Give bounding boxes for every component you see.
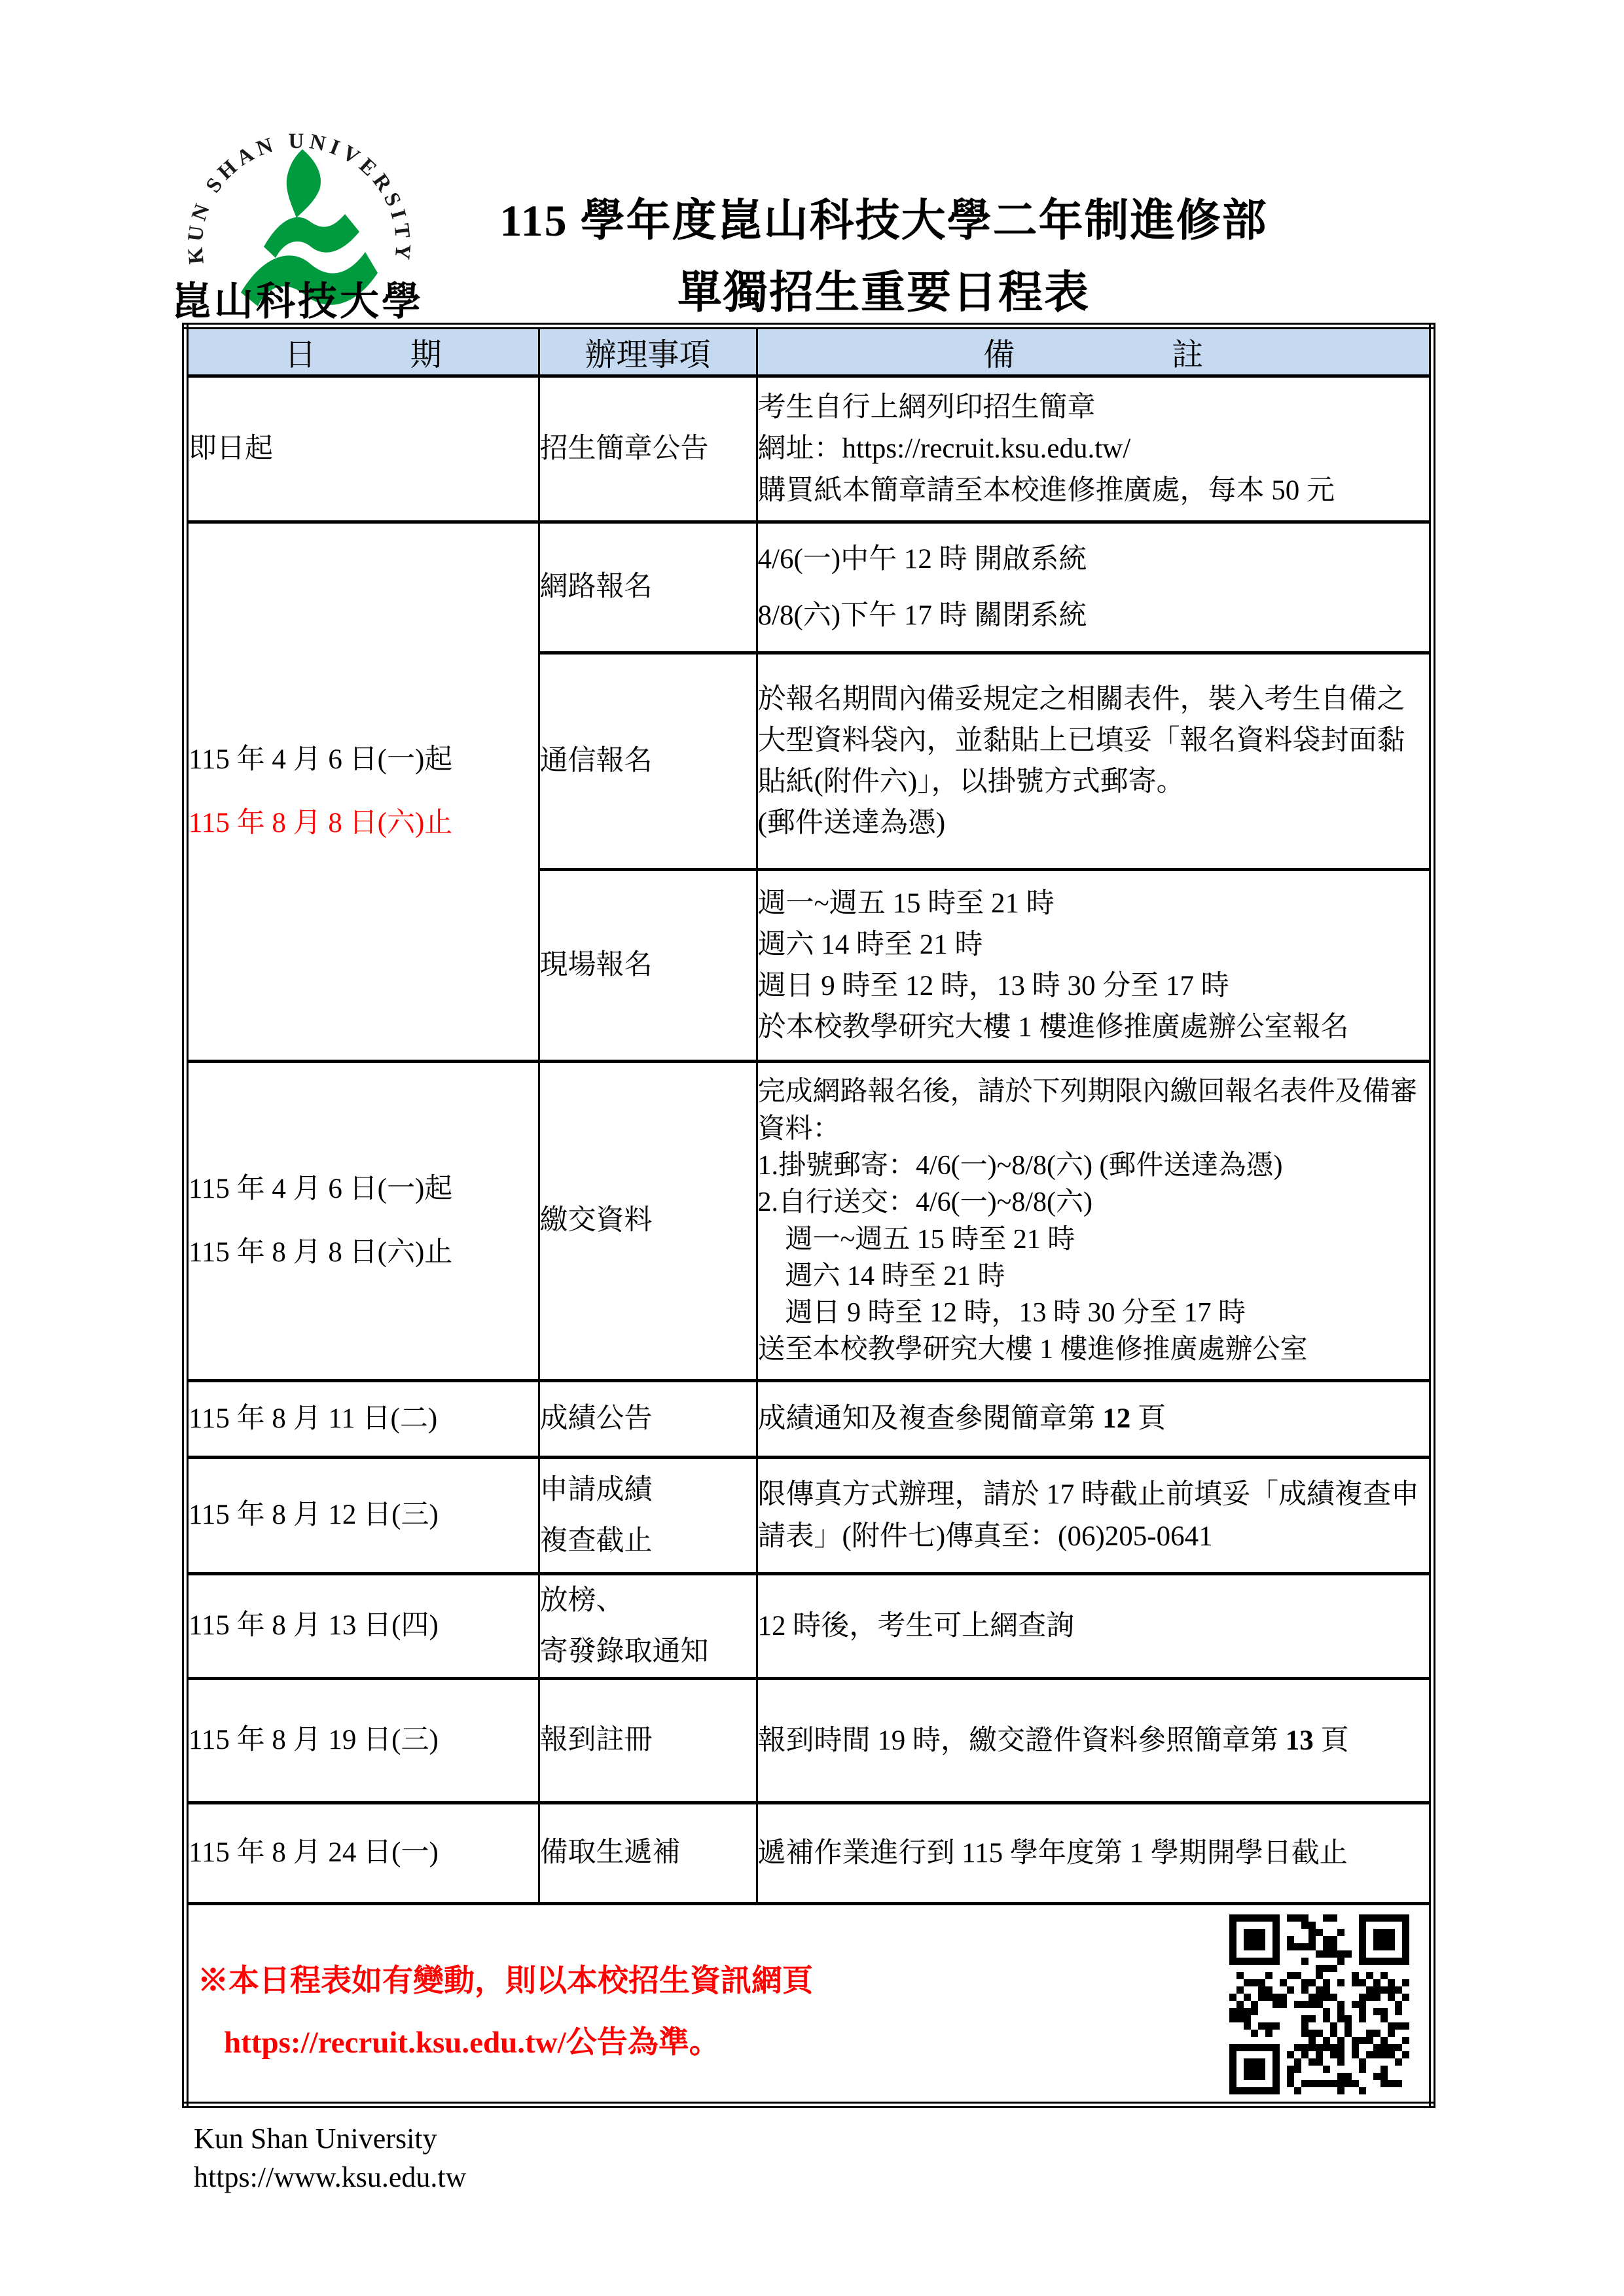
date-end-red: 115 年 8 月 8 日(六)止 xyxy=(189,792,538,855)
footer: Kun Shan University https://www.ksu.edu.… xyxy=(194,2119,466,2197)
item-cell: 放榜、 寄發錄取通知 xyxy=(539,1574,757,1679)
item-cell: 通信報名 xyxy=(539,653,757,870)
note-cell: 遞補作業進行到 115 學年度第 1 學期開學日截止 xyxy=(757,1803,1432,1904)
footnote-cell: ※本日程表如有變動，則以本校招生資訊網頁 https://recruit.ksu… xyxy=(185,1904,1432,2106)
note-line: 週六 14 時至 21 時 xyxy=(758,1258,1430,1295)
note-line: 週一~週五 15 時至 21 時 xyxy=(758,1221,1430,1258)
row-waitlist: 115 年 8 月 24 日(一) 備取生遞補 遞補作業進行到 115 學年度第… xyxy=(185,1803,1432,1904)
date-cell: 即日起 xyxy=(185,376,539,522)
note-line: 8/8(六)下午 17 時 關閉系統 xyxy=(758,588,1430,644)
note-paragraph: 於報名期間內備妥規定之相關表件，裝入考生自備之大型資料袋內，並黏貼上已填妥「報名… xyxy=(758,679,1430,803)
item-cell: 招生簡章公告 xyxy=(539,376,757,522)
footer-university-name: Kun Shan University xyxy=(194,2119,466,2158)
date-cell: 115 年 8 月 19 日(三) xyxy=(185,1679,539,1803)
note-line: 週六 14 時至 21 時 xyxy=(758,924,1430,965)
note-line: 2.自行送交：4/6(一)~8/8(六) xyxy=(758,1184,1430,1221)
note-bold-number: 13 xyxy=(1286,1725,1314,1756)
date-start: 115 年 4 月 6 日(一)起 xyxy=(189,728,538,792)
row-footnote: ※本日程表如有變動，則以本校招生資訊網頁 https://recruit.ksu… xyxy=(185,1904,1432,2106)
date-cell: 115 年 8 月 24 日(一) xyxy=(185,1803,539,1904)
note-cell: 報到時間 19 時，繳交證件資料參照簡章第 13 頁 xyxy=(757,1679,1432,1803)
item-line: 放榜、 xyxy=(540,1575,756,1626)
item-cell: 繳交資料 xyxy=(539,1062,757,1381)
item-cell: 申請成績 複查截止 xyxy=(539,1458,757,1574)
note-paragraph: 完成網路報名後，請於下列期限內繳回報名表件及備審資料： xyxy=(758,1073,1430,1147)
item-line: 複查截止 xyxy=(540,1516,756,1566)
header-item: 辦理事項 xyxy=(539,326,757,376)
note-line: 週一~週五 15 時至 21 時 xyxy=(758,883,1430,924)
note-line: 週日 9 時至 12 時，13 時 30 分至 17 時 xyxy=(758,965,1430,1007)
page-title: 115 學年度崑山科技大學二年制進修部 單獨招生重要日程表 xyxy=(393,185,1375,329)
note-text: 頁 xyxy=(1314,1725,1349,1756)
schedule-table: 日 期 辦理事項 備 註 即日起 招生簡章公告 考生自行上網列印招生簡章 網址：… xyxy=(182,323,1435,2108)
note-line: 購買紙本簡章請至本校進修推廣處，每本 50 元 xyxy=(758,470,1430,511)
item-line: 申請成績 xyxy=(540,1465,756,1515)
date-cell: 115 年 8 月 13 日(四) xyxy=(185,1574,539,1679)
note-text: 頁 xyxy=(1130,1403,1166,1434)
footer-url: https://www.ksu.edu.tw xyxy=(194,2158,466,2197)
header-date: 日 期 xyxy=(185,326,539,376)
note-line: (郵件送達為憑) xyxy=(758,802,1430,844)
row-admission-list: 115 年 8 月 13 日(四) 放榜、 寄發錄取通知 12 時後，考生可上網… xyxy=(185,1574,1432,1679)
item-cell: 網路報名 xyxy=(539,522,757,653)
university-logo: KUN SHAN UNIVERSITY 崑山科技大學 xyxy=(167,111,429,327)
schedule-table-wrap: 日 期 辦理事項 備 註 即日起 招生簡章公告 考生自行上網列印招生簡章 網址：… xyxy=(182,323,1429,2108)
title-line-2: 單獨招生重要日程表 xyxy=(393,257,1375,329)
date-cell: 115 年 4 月 6 日(一)起 115 年 8 月 8 日(六)止 xyxy=(185,1062,539,1381)
logo-cn-text: 崑山科技大學 xyxy=(172,280,424,323)
note-line: 考生自行上網列印招生簡章 xyxy=(758,387,1430,428)
note-cell: 12 時後，考生可上網查詢 xyxy=(757,1574,1432,1679)
header-row: 日 期 辦理事項 備 註 xyxy=(185,326,1432,376)
row-enrollment: 115 年 8 月 19 日(三) 報到註冊 報到時間 19 時，繳交證件資料參… xyxy=(185,1679,1432,1803)
date-cell: 115 年 8 月 12 日(三) xyxy=(185,1458,539,1574)
item-cell: 備取生遞補 xyxy=(539,1803,757,1904)
date-cell: 115 年 8 月 11 日(二) xyxy=(185,1381,539,1458)
footnote-suffix: 公告為準。 xyxy=(566,2026,720,2060)
note-cell: 4/6(一)中午 12 時 開啟系統 8/8(六)下午 17 時 關閉系統 xyxy=(757,522,1432,653)
page: { "colors":{"header_bg":"#c5d9f1","accen… xyxy=(0,0,1624,2296)
row-score-recheck-deadline: 115 年 8 月 12 日(三) 申請成績 複查截止 限傳真方式辦理，請於 1… xyxy=(185,1458,1432,1574)
qr-code xyxy=(1229,1914,1409,2094)
row-submit-documents: 115 年 4 月 6 日(一)起 115 年 8 月 8 日(六)止 繳交資料… xyxy=(185,1062,1432,1381)
note-line: 4/6(一)中午 12 時 開啟系統 xyxy=(758,531,1430,588)
item-cell: 成績公告 xyxy=(539,1381,757,1458)
row-announcement: 即日起 招生簡章公告 考生自行上網列印招生簡章 網址：https://recru… xyxy=(185,376,1432,522)
footnote-url: https://recruit.ksu.edu.tw/ xyxy=(224,2026,566,2060)
university-logo-graphic: KUN SHAN UNIVERSITY 崑山科技大學 xyxy=(167,111,429,327)
note-paragraph: 於本校教學研究大樓 1 樓進修推廣處辦公室報名 xyxy=(758,1007,1430,1048)
row-score-announcement: 115 年 8 月 11 日(二) 成績公告 成績通知及複查參閱簡章第 12 頁 xyxy=(185,1381,1432,1458)
note-line-url: 網址：https://recruit.ksu.edu.tw/ xyxy=(758,428,1430,469)
item-cell: 現場報名 xyxy=(539,870,757,1062)
note-line: 送至本校教學研究大樓 1 樓進修推廣處辦公室 xyxy=(758,1331,1430,1368)
note-bold-number: 12 xyxy=(1102,1403,1130,1434)
note-cell: 限傳真方式辦理，請於 17 時截止前填妥「成績複查申請表」(附件七)傳真至：(0… xyxy=(757,1458,1432,1574)
item-cell: 報到註冊 xyxy=(539,1679,757,1803)
note-text: 成績通知及複查參閱簡章第 xyxy=(758,1403,1103,1434)
note-text: 報到時間 19 時，繳交證件資料參照簡章第 xyxy=(758,1725,1286,1756)
date-end: 115 年 8 月 8 日(六)止 xyxy=(189,1221,538,1285)
note-cell: 考生自行上網列印招生簡章 網址：https://recruit.ksu.edu.… xyxy=(757,376,1432,522)
title-line-1: 115 學年度崑山科技大學二年制進修部 xyxy=(393,185,1375,257)
note-cell: 於報名期間內備妥規定之相關表件，裝入考生自備之大型資料袋內，並黏貼上已填妥「報名… xyxy=(757,653,1432,870)
note-cell: 成績通知及複查參閱簡章第 12 頁 xyxy=(757,1381,1432,1458)
note-line: 1.掛號郵寄：4/6(一)~8/8(六) (郵件送達為憑) xyxy=(758,1147,1430,1184)
note-cell: 週一~週五 15 時至 21 時 週六 14 時至 21 時 週日 9 時至 1… xyxy=(757,870,1432,1062)
date-cell-merged: 115 年 4 月 6 日(一)起 115 年 8 月 8 日(六)止 xyxy=(185,522,539,1062)
note-line: 週日 9 時至 12 時，13 時 30 分至 17 時 xyxy=(758,1295,1430,1331)
note-cell: 完成網路報名後，請於下列期限內繳回報名表件及備審資料： 1.掛號郵寄：4/6(一… xyxy=(757,1062,1432,1381)
item-line: 寄發錄取通知 xyxy=(540,1626,756,1677)
row-online-registration: 115 年 4 月 6 日(一)起 115 年 8 月 8 日(六)止 網路報名… xyxy=(185,522,1432,653)
date-start: 115 年 4 月 6 日(一)起 xyxy=(189,1158,538,1221)
header-note: 備 註 xyxy=(757,326,1432,376)
